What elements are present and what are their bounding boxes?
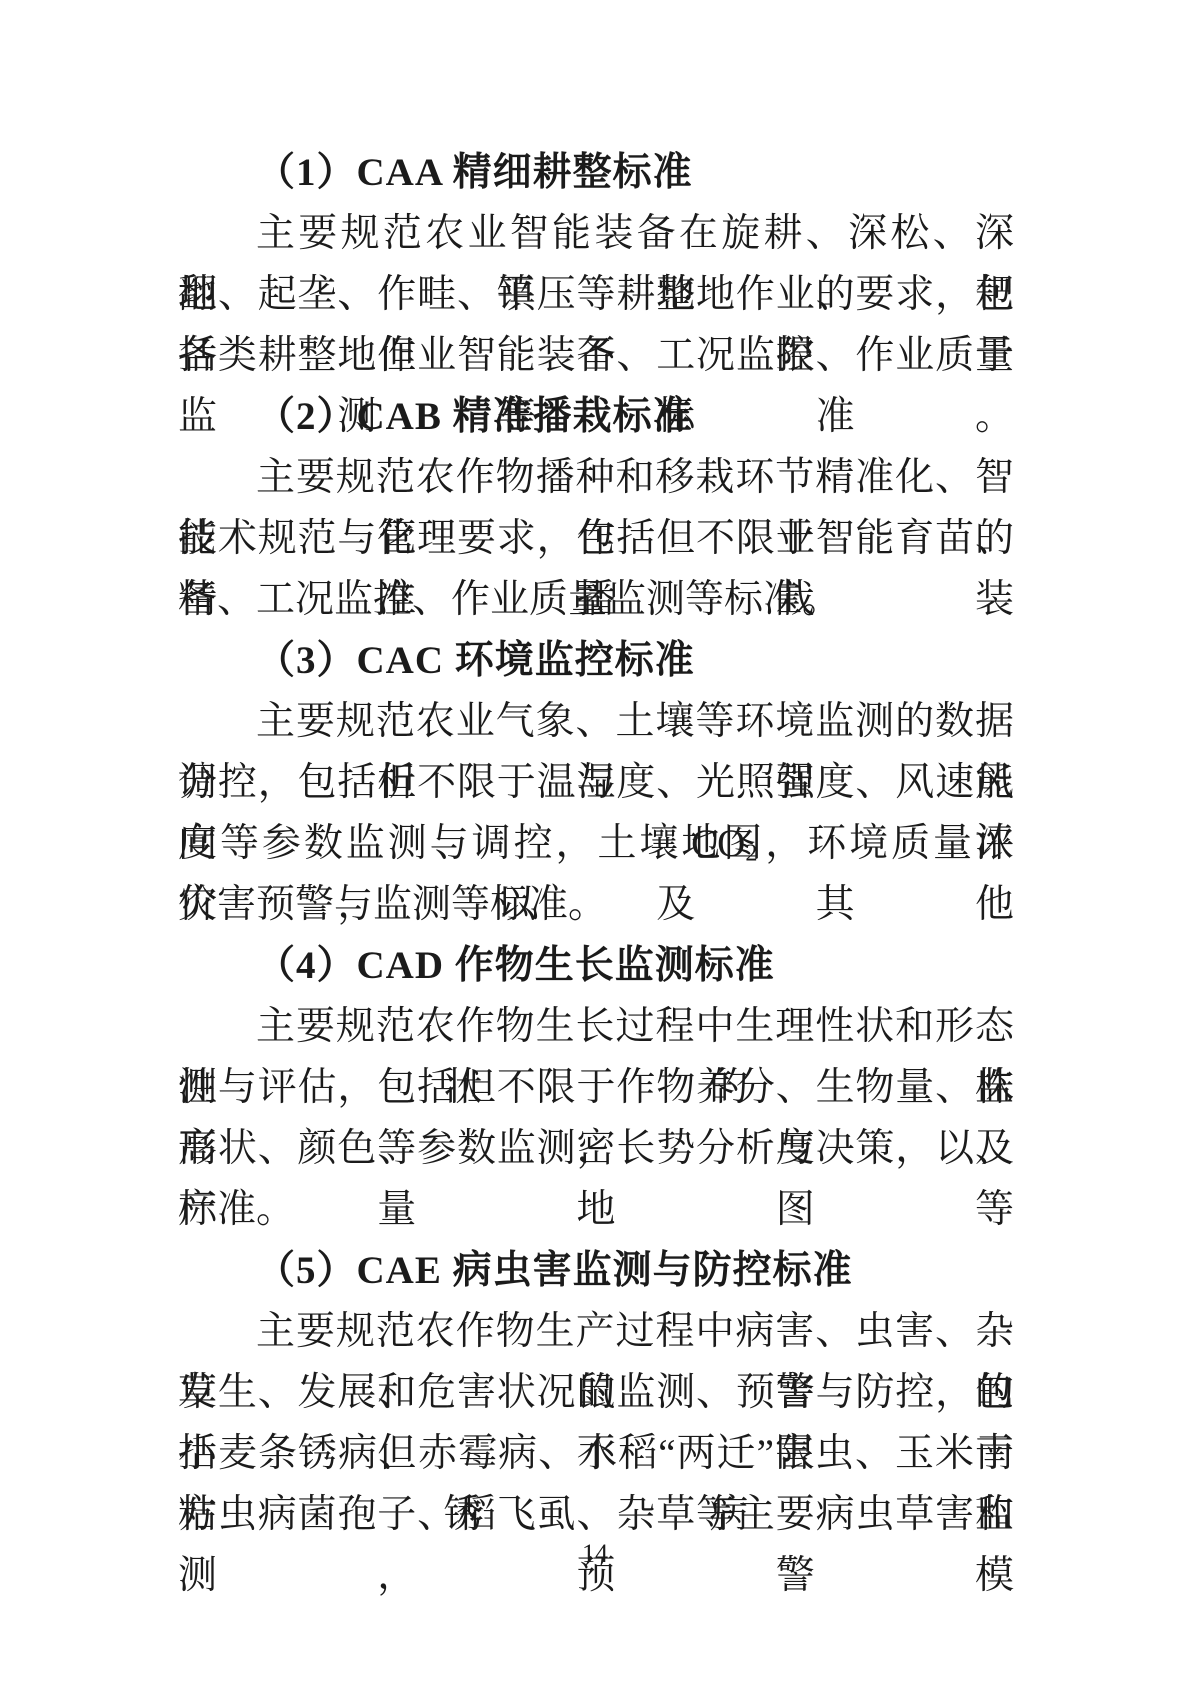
paragraph-line: 主要规范农作物生产过程中病害、虫害、杂草、鼠害的 [178, 1301, 1014, 1362]
paragraph-line: 形状、颜色等参数监测，长势分析与决策，以及产量地图等 [178, 1118, 1014, 1179]
paragraph-line: 主要规范农作物生长过程中生理性状和形态性状的监 [178, 996, 1014, 1057]
text-block: （1）CAA 精细耕整标准 主要规范农业智能装备在旋耕、深松、深翻、平地、耙 地… [178, 142, 1014, 1545]
paragraph-line: 技术规范与管理要求，包括但不限于智能育苗、精准播栽装 [178, 508, 1014, 569]
paragraph-line: 发生、发展和危害状况的监测、预警与防控，包括但不限于 [178, 1362, 1014, 1423]
page-number: 14 [0, 1538, 1190, 1570]
paragraph-line: 小麦条锈病、赤霉病、水稻“两迁”害虫、玉米南方锈病和 [178, 1423, 1014, 1484]
paragraph-line: 主要规范农业气象、土壤等环境监测的数据分析与智能 [178, 691, 1014, 752]
paragraph-line: 各类耕整地作业智能装备、工况监控、作业质量监测等标准。 [178, 325, 1014, 386]
paragraph-line: 地、起垄、作畦、镇压等耕整地作业的要求，包括但不限于 [178, 264, 1014, 325]
heading-caa: （1）CAA 精细耕整标准 [178, 142, 1014, 203]
paragraph-line: 测与评估，包括但不限于作物养分、生物量、株高、密度、 [178, 1057, 1014, 1118]
heading-cae: （5）CAE 病虫害监测与防控标准 [178, 1240, 1014, 1301]
paragraph-line: 粘虫病菌孢子、稻飞虱、杂草等主要病虫草害监测，预警模 [178, 1484, 1014, 1545]
heading-cac: （3）CAC 环境监控标准 [178, 630, 1014, 691]
paragraph-line: 主要规范农业智能装备在旋耕、深松、深翻、平地、耙 [178, 203, 1014, 264]
paragraph-line-co2: 调控，包括但不限于温湿度、光照强度、风速风向、CO2浓 [178, 752, 1014, 813]
document-page: （1）CAA 精细耕整标准 主要规范农业智能装备在旋耕、深松、深翻、平地、耙 地… [0, 0, 1190, 1683]
heading-cad: （4）CAD 作物生长监测标准 [178, 935, 1014, 996]
paragraph-line: 度等参数监测与调控，土壤地图，环境质量评价，以及其他 [178, 813, 1014, 874]
paragraph-line: 主要规范农作物播种和移栽环节精准化、智能化作业的 [178, 447, 1014, 508]
